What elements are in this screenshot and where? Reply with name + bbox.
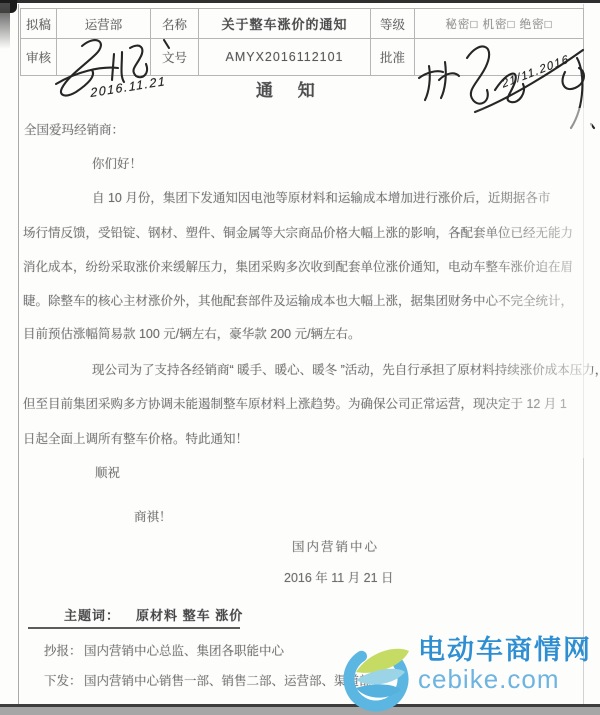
body-line: 场行情反馈，受铅锭、钢材、塑件、铜金属等大宗商品价格大幅上涨的影响，各配套单位已…	[23, 223, 573, 241]
site-watermark: 电动车商情网 cebike.com	[342, 634, 598, 714]
signoff-date: 2016 年 11 月 21 日	[284, 568, 394, 586]
salutation: 全国爱玛经销商：	[24, 120, 124, 138]
greeting: 你们好！	[92, 154, 142, 172]
keywords-value: 原材料 整车 涨价	[136, 605, 243, 624]
cc-value: 国内营销中心总监、集团各职能中心	[84, 641, 284, 659]
watermark-site-name: 电动车商情网	[418, 636, 592, 666]
signoff-unit: 国内营销中心	[292, 537, 379, 555]
keywords-label: 主题词：	[64, 605, 120, 624]
dist-value: 国内营销中心销售一部、销售二部、运营部、渠道部	[84, 671, 372, 689]
body-line: 目前预估涨幅简易款 100 元/辆左右，豪华款 200 元/辆左右。	[23, 324, 361, 342]
body-line: 但至目前集团采购多方协调未能遏制整车原材料上涨趋势。为确保公司正常运营，现决定于…	[23, 394, 567, 412]
notice-title: 通 知	[256, 76, 325, 101]
dist-label: 下发：	[44, 671, 82, 689]
closing-wish: 顺祝	[95, 463, 120, 481]
keywords-underline	[28, 627, 240, 629]
scan-top-edge	[0, 0, 600, 3]
closing-regards: 商祺！	[134, 507, 172, 525]
document-title-cell: 关于整车涨价的通知	[199, 9, 371, 39]
approve-label-cell: 批准	[371, 39, 415, 75]
scan-left-shadow	[0, 3, 10, 49]
body-line: 消化成本，纷纷采取涨价来缓解压力，集团采购多次收到配套单位涨价通知，电动车整车涨…	[23, 257, 573, 275]
body-line: 现公司为了支持各经销商“ 暖手、暖心、暖冬 ”活动，先自行承担了原材料持续涨价成…	[92, 360, 600, 378]
scanned-notice-document: 拟稿 运营部 名称 关于整车涨价的通知 等级 秘密□ 机密□ 绝密□ 审核 文号…	[0, 0, 600, 715]
watermark-site-url: cebike.com	[418, 666, 592, 693]
body-line: 自 10 月份，集团下发通知因电池等原材料和运输成本增加进行涨价后，近期据各市	[92, 188, 550, 206]
docno-value-cell: AMYX2016112101	[199, 39, 371, 75]
body-line: 睫。除整车的核心主材涨价外，其他配套部件及运输成本也大幅上涨，据集团财务中心不完…	[23, 291, 573, 309]
page-border-left	[18, 4, 19, 704]
cebike-leaf-logo-icon	[342, 638, 414, 715]
cc-label: 抄报：	[44, 641, 82, 659]
reviewer-signature	[52, 32, 192, 110]
level-label-cell: 等级	[371, 9, 415, 39]
body-line: 日起全面上调所有整车价格。特此通知！	[23, 429, 248, 447]
